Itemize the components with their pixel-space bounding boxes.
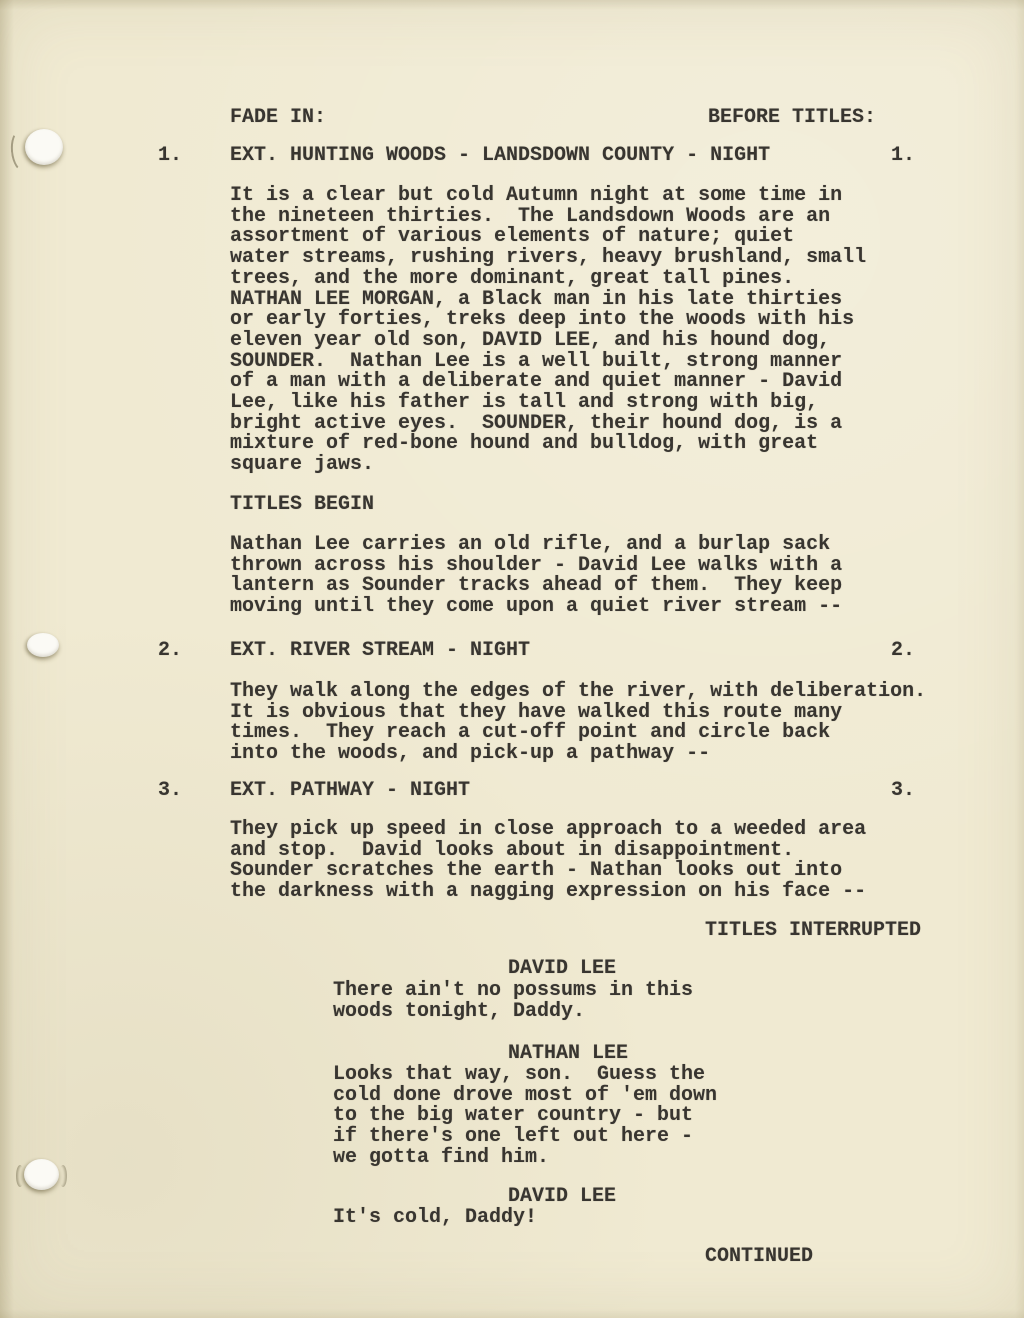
scene-3-number-right: 3.: [891, 781, 915, 802]
titles-interrupted-marker: TITLES INTERRUPTED: [705, 921, 921, 942]
dialogue-2-character: NATHAN LEE: [508, 1044, 628, 1065]
scene-1-action: It is a clear but cold Autumn night at s…: [230, 186, 866, 476]
before-titles-text: BEFORE TITLES:: [708, 108, 876, 129]
scene-1-number-left: 1.: [158, 146, 182, 167]
scene-2-action: They walk along the edges of the river, …: [230, 682, 926, 765]
fade-in-text: FADE IN:: [230, 108, 326, 129]
scene-1-heading: EXT. HUNTING WOODS - LANDSDOWN COUNTY - …: [230, 146, 770, 167]
punch-hole-bottom: [24, 1159, 59, 1190]
punch-hole-middle: [27, 633, 59, 657]
scene-1-number-right: 1.: [891, 146, 915, 167]
dialogue-2-lines: Looks that way, son. Guess the cold done…: [333, 1065, 717, 1169]
dialogue-1-character: DAVID LEE: [508, 959, 616, 980]
scene-3-action: They pick up speed in close approach to …: [230, 820, 866, 903]
continued-marker: CONTINUED: [705, 1247, 813, 1268]
scene-2-number-right: 2.: [891, 641, 915, 662]
scene-2-number-left: 2.: [158, 641, 182, 662]
dialogue-3-character: DAVID LEE: [508, 1187, 616, 1208]
scene-3-heading: EXT. PATHWAY - NIGHT: [230, 781, 470, 802]
dialogue-3-lines: It's cold, Daddy!: [333, 1208, 537, 1229]
dialogue-1-lines: There ain't no possums in this woods ton…: [333, 981, 693, 1022]
scene-3-number-left: 3.: [158, 781, 182, 802]
scene-2-heading: EXT. RIVER STREAM - NIGHT: [230, 641, 530, 662]
script-page: FADE IN: BEFORE TITLES: 1. EXT. HUNTING …: [0, 0, 1024, 1318]
titles-begin-marker: TITLES BEGIN: [230, 495, 374, 516]
titles-sequence-action: Nathan Lee carries an old rifle, and a b…: [230, 535, 842, 618]
